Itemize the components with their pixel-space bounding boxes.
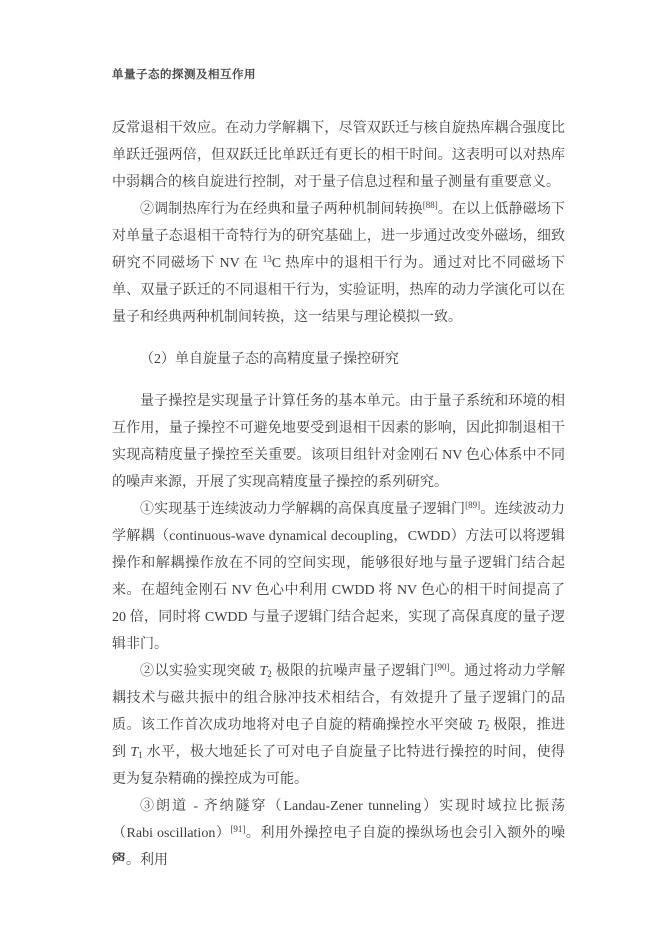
- paragraph-item-1-cwdd-logic-gate: ①实现基于连续波动力学解耦的高保真度量子逻辑门[89]。连续波动力学解耦（con…: [112, 496, 565, 658]
- document-body: 反常退相干效应。在动力学解耦下，尽管双跃迁与核自旋热库耦合强度比单跃迁强两倍，但…: [112, 115, 565, 874]
- paragraph-quantum-control-intro: 量子操控是实现量子计算任务的基本单元。由于量子系统和环境的相互作用，量子操控不可…: [112, 388, 565, 496]
- running-header: 单量子态的探测及相互作用: [112, 66, 256, 82]
- page-number: 68: [112, 849, 125, 865]
- document-page: 单量子态的探测及相互作用 反常退相干效应。在动力学解耦下，尽管双跃迁与核自旋热库…: [0, 0, 666, 930]
- section-heading: （2）单自旋量子态的高精度量子操控研究: [112, 346, 565, 373]
- paragraph-item-3-landau-zener: ③朗道 - 齐纳隧穿（Landau-Zener tunneling）实现时域拉比…: [112, 793, 565, 874]
- paragraph-item-2-bath-modulation: ②调制热库行为在经典和量子两种机制间转换[88]。在以上低静磁场下对单量子态退相…: [112, 196, 565, 331]
- paragraph-item-2-t2-limit-gate: ②以实验实现突破 T2 极限的抗噪声量子逻辑门[90]。通过将动力学解耦技术与磁…: [112, 658, 565, 793]
- paragraph-continuation-anomalous-decoherence: 反常退相干效应。在动力学解耦下，尽管双跃迁与核自旋热库耦合强度比单跃迁强两倍，但…: [112, 115, 565, 196]
